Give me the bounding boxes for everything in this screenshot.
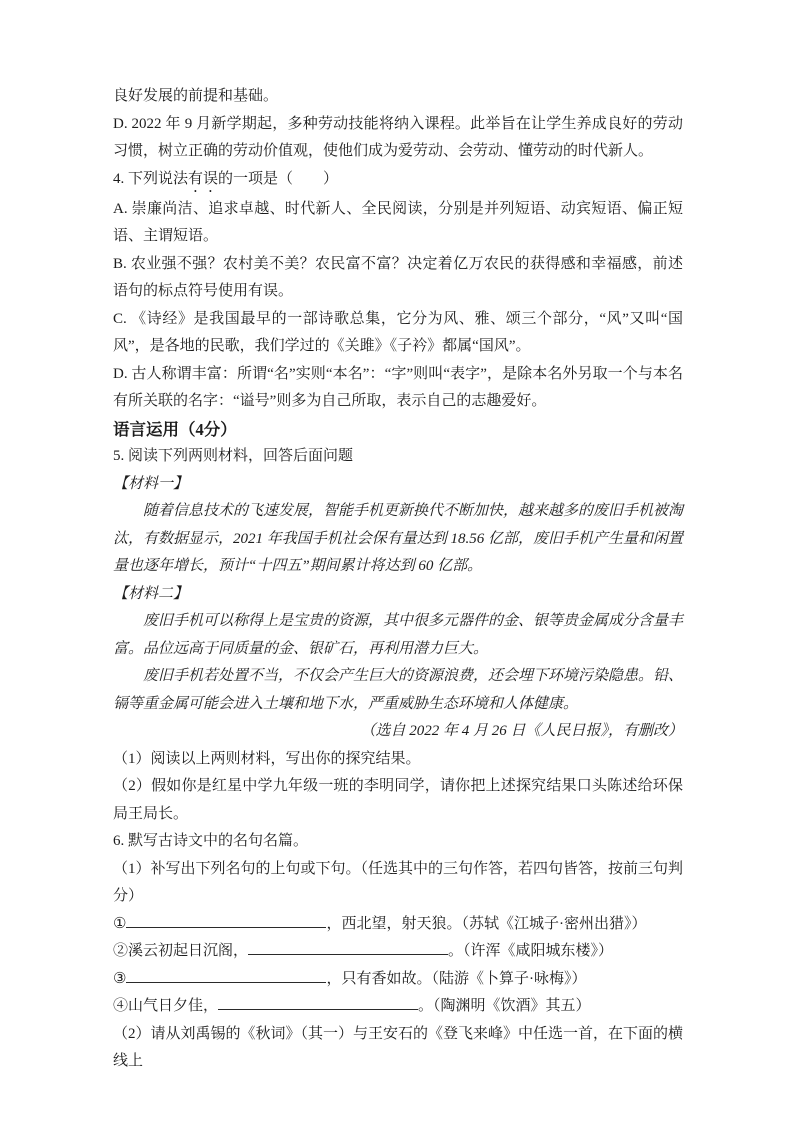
q4-option-d: D. 古人称谓丰富：所谓“名”实则“本名”：“字”则叫“表字”，是除本名外另取一… — [113, 361, 683, 416]
section-title: 语言运用（4分） — [113, 416, 683, 444]
exam-content: 良好发展的前提和基础。 D. 2022 年 9 月新学期起，多种劳动技能将纳入课… — [113, 83, 683, 1076]
q6-dictation-item-3: ③，只有香如故。（陆游《卜算子·咏梅》） — [113, 966, 683, 994]
q5-stem: 5. 阅读下列两则材料，回答后面问题 — [113, 443, 683, 471]
q4-stem-emphasis: 有误 — [188, 171, 218, 187]
q6-item-4-before: ④山气日夕佳， — [113, 998, 218, 1014]
q6-item-4-after: 。（陶渊明《饮酒》其五） — [418, 998, 591, 1014]
q5-material2-label: 【材料二】 — [113, 581, 683, 609]
continuation-line: 良好发展的前提和基础。 — [113, 83, 683, 111]
q5-source-line: （选自 2022 年 4 月 26 日《人民日报》，有删改） — [113, 718, 683, 746]
q3-option-d: D. 2022 年 9 月新学期起，多种劳动技能将纳入课程。此举旨在让学生养成良… — [113, 111, 683, 166]
q6-item-3-before: ③ — [113, 971, 126, 987]
q6-dictation-item-2: ②溪云初起日沉阁，。（许浑《咸阳城东楼》） — [113, 938, 683, 966]
q6-subquestion-1: （1）补写出下列名句的上句或下句。（任选其中的三句作答，若四句皆答，按前三句判分… — [113, 856, 683, 911]
q6-item-3-after: ，只有香如故。（陆游《卜算子·咏梅》） — [326, 971, 586, 987]
q6-item-1-after: ，西北望，射天狼。（苏轼《江城子·密州出猎》） — [326, 916, 646, 932]
exam-paper-page: 良好发展的前提和基础。 D. 2022 年 9 月新学期起，多种劳动技能将纳入课… — [0, 0, 793, 1122]
q6-item-1-before: ① — [113, 916, 126, 932]
q6-item-2-before: ②溪云初起日沉阁， — [113, 943, 248, 959]
q5-material1-paragraph: 随着信息技术的飞速发展，智能手机更新换代不断加快，越来越多的废旧手机被淘汰，有数… — [113, 498, 683, 581]
q4-stem-prefix: 4. 下列说法 — [113, 171, 188, 187]
q5-subquestion-2: （2）假如你是红星中学九年级一班的李明同学，请你把上述探究结果口头陈述给环保局王… — [113, 773, 683, 828]
q6-item-2-after: 。（许浑《咸阳城东楼》） — [448, 943, 613, 959]
q4-option-b: B. 农业强不强？农村美不美？农民富不富？决定着亿万农民的获得感和幸福感，前述语… — [113, 251, 683, 306]
q6-stem: 6. 默写古诗文中的名句名篇。 — [113, 828, 683, 856]
q4-stem-suffix: 的一项是（ ） — [218, 171, 338, 187]
q5-subquestion-1: （1）阅读以上两则材料，写出你的探究结果。 — [113, 746, 683, 774]
q5-material2-paragraph-1: 废旧手机可以称得上是宝贵的资源，其中很多元器件的金、银等贵金属成分含量丰富。品位… — [113, 608, 683, 663]
q6-dictation-item-1: ①，西北望，射天狼。（苏轼《江城子·密州出猎》） — [113, 911, 683, 939]
q4-option-a: A. 崇廉尚洁、追求卓越、时代新人、全民阅读，分别是并列短语、动宾短语、偏正短语… — [113, 196, 683, 251]
q5-material2-paragraph-2: 废旧手机若处置不当，不仅会产生巨大的资源浪费，还会埋下环境污染隐患。铅、镉等重金… — [113, 663, 683, 718]
q4-stem: 4. 下列说法有误的一项是（ ） — [113, 166, 683, 196]
q4-option-c: C. 《诗经》是我国最早的一部诗歌总集，它分为风、雅、颂三个部分，“风”又叫“国… — [113, 306, 683, 361]
q5-material1-label: 【材料一】 — [113, 471, 683, 499]
answer-blank — [218, 994, 418, 1010]
answer-blank — [126, 967, 326, 983]
q6-dictation-item-4: ④山气日夕佳，。（陶渊明《饮酒》其五） — [113, 993, 683, 1021]
answer-blank — [248, 939, 448, 955]
q6-subquestion-2: （2）请从刘禹锡的《秋词》（其一）与王安石的《登飞来峰》中任选一首，在下面的横线… — [113, 1021, 683, 1076]
answer-blank — [126, 912, 326, 928]
